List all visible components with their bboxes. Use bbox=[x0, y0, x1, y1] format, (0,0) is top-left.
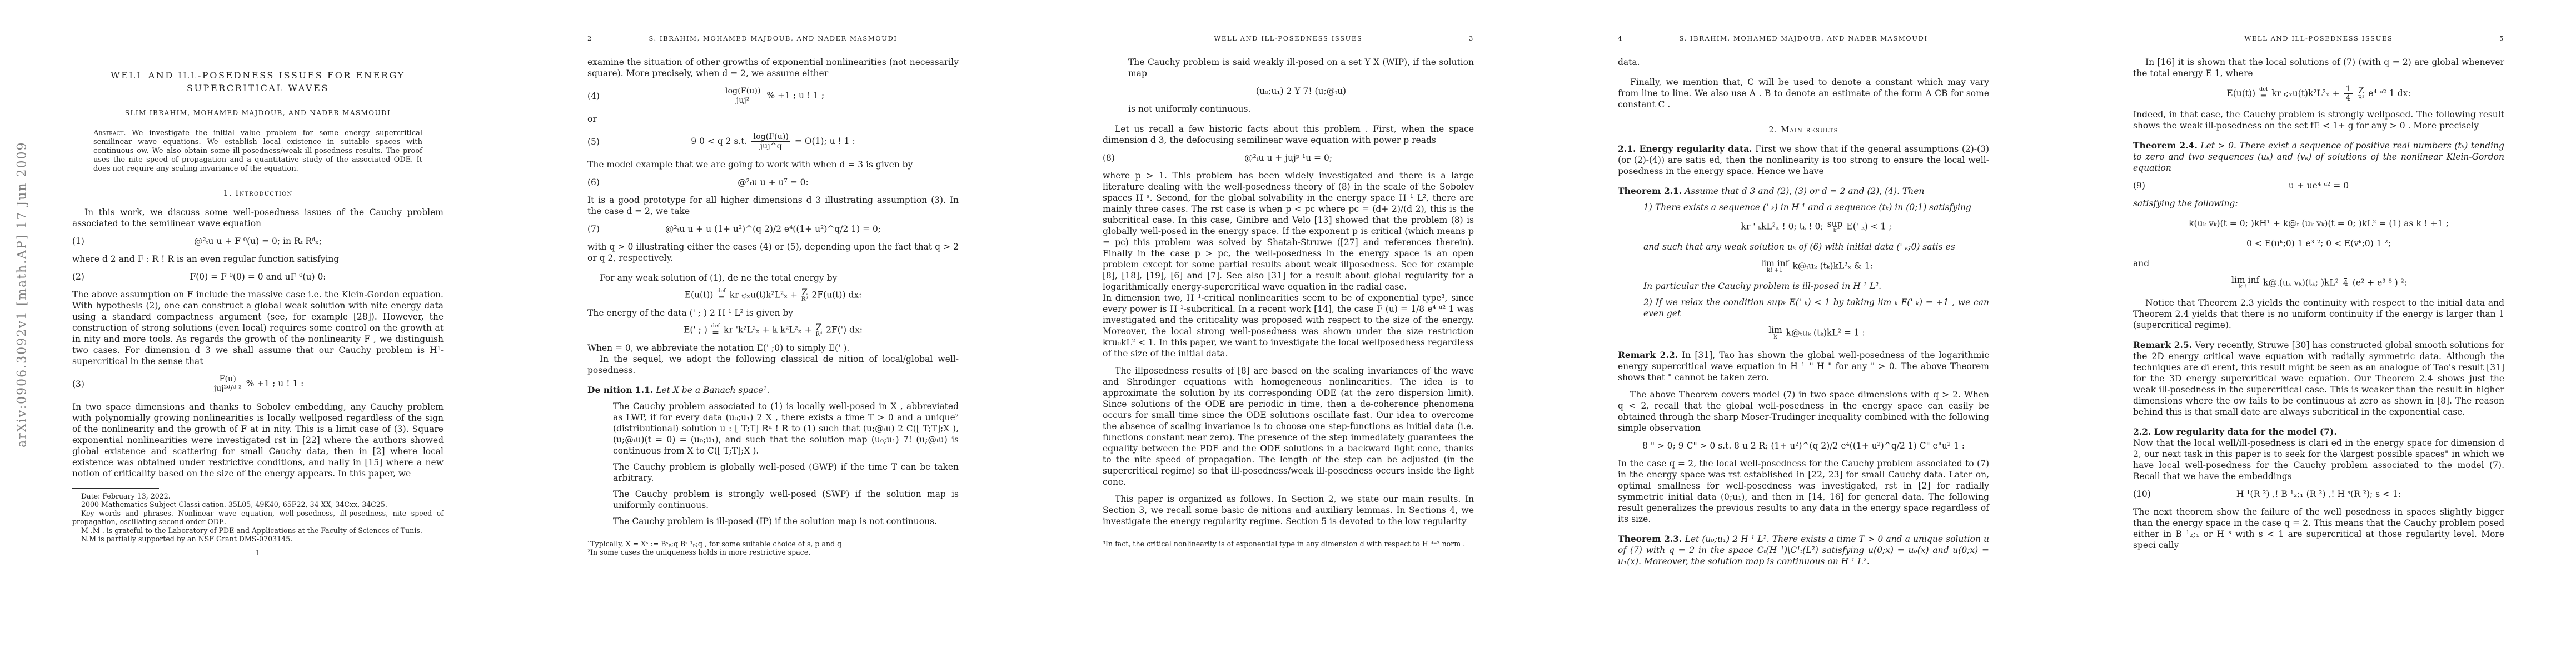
paragraph: Indeed, in that case, the Cauchy problem… bbox=[2133, 109, 2504, 131]
equation-number: (5) bbox=[587, 136, 600, 147]
definition-label: De nition 1.1. bbox=[587, 385, 653, 395]
equation-content: E(u(t)) def= kr ₜ;ₓu(t)k²L²ₓ + ZRᵈ 2F(u(… bbox=[685, 288, 862, 303]
running-header-title: WELL AND ILL-POSEDNESS ISSUES bbox=[1214, 34, 1363, 42]
section-heading-main-results: 2. Main results bbox=[1618, 126, 1989, 135]
page-3: WELL AND ILL-POSEDNESS ISSUES 3 The Cauc… bbox=[1030, 0, 1546, 667]
paragraph: In this work, we discuss some well-posed… bbox=[72, 207, 444, 229]
paper-title-line1: WELL AND ILL-POSEDNESS ISSUES FOR ENERGY bbox=[111, 70, 405, 81]
running-header-title: WELL AND ILL-POSEDNESS ISSUES bbox=[2245, 34, 2393, 42]
subsection-2-1: 2.1. Energy regularity data. First we sh… bbox=[1618, 143, 1989, 177]
subsection-2-2: 2.2. Low regularity data for the model (… bbox=[2133, 426, 2504, 437]
document-canvas: arXiv:0906.3092v1 [math.AP] 17 Jun 2009 … bbox=[0, 0, 2576, 667]
abstract-label: Abstract. bbox=[93, 129, 126, 137]
equation-content: limk k@ₜuₖ (tₖ)kL² = 1 : bbox=[1767, 326, 1865, 341]
display-equation-10: (10) H ¹(R ²) ,! B ¹₂;₁ (R ²) ,! H ˢ(R ²… bbox=[2133, 489, 2504, 500]
display-equation-9: (9) u + ue⁴ ᵘ² = 0 bbox=[2133, 180, 2504, 191]
remark-text: Very recently, Struwe [30] has construct… bbox=[2133, 340, 2504, 417]
paragraph: In the case q = 2, the local well-posedn… bbox=[1618, 458, 1989, 525]
list-item: 2) If we relax the condition supₖ E(' ₖ)… bbox=[1643, 297, 1989, 319]
theorem-label: Theorem 2.4. bbox=[2133, 140, 2198, 151]
running-header: WELL AND ILL-POSEDNESS ISSUES 5 bbox=[2133, 34, 2504, 42]
arxiv-watermark: arXiv:0906.3092v1 [math.AP] 17 Jun 2009 bbox=[10, 135, 34, 454]
equation-content: kr ' ₖkL²ₓ ! 0; tₖ ! 0; supk E(' ₖ) < 1 … bbox=[1741, 220, 1892, 235]
running-header: 4 S. IBRAHIM, MOHAMED MAJDOUB, AND NADER… bbox=[1618, 34, 1989, 42]
paragraph: with q > 0 illustrating either the cases… bbox=[587, 241, 959, 263]
paragraph: The above Theorem covers model (7) in tw… bbox=[1618, 389, 1989, 434]
footnote-2: ²In some cases the uniqueness holds in m… bbox=[587, 548, 959, 557]
display-equation-6: (6) @²ₜu u + u⁷ = 0: bbox=[587, 177, 959, 188]
running-header-authors: S. IBRAHIM, MOHAMED MAJDOUB, AND NADER M… bbox=[649, 34, 897, 42]
paragraph: The next theorem show the failure of the… bbox=[2133, 506, 2504, 551]
section-heading-introduction: 1. Introduction bbox=[72, 189, 444, 198]
display-equation-map: (u₀;u₁) 2 Y 7! (u;@ₜu) bbox=[1128, 86, 1474, 97]
equation-content: @²ₜu u + u (1+ u²)^(q 2)/2 e⁴((1+ u²)^q/… bbox=[665, 223, 881, 235]
paragraph: It is a good prototype for all higher di… bbox=[587, 195, 959, 217]
footnote-ack-nm: N.M is partially supported by an NSF Gra… bbox=[72, 535, 444, 544]
running-header: WELL AND ILL-POSEDNESS ISSUES 3 bbox=[1103, 34, 1474, 42]
footnote-1: ¹Typically, X = Xˢ := Bˢₚ;q Bˢ ¹ₚ;q , fo… bbox=[587, 540, 959, 549]
footnote-date: Date: February 13, 2022. bbox=[72, 492, 444, 501]
display-equation-4: (4) log(F(u))juj² % +1 ; u ! 1 ; bbox=[587, 87, 959, 106]
definition-1-1: De nition 1.1. Let X be a Banach space¹. bbox=[587, 385, 959, 396]
page-number: 5 bbox=[2499, 34, 2504, 42]
paper-title: WELL AND ILL-POSEDNESS ISSUES FOR ENERGY… bbox=[72, 69, 444, 94]
page-5: WELL AND ILL-POSEDNESS ISSUES 5 In [16] … bbox=[2061, 0, 2576, 667]
remark-label: Remark 2.5. bbox=[2133, 340, 2192, 350]
display-equation-energy: E(u(t)) def= kr ₜ;ₓu(t)k²L²ₓ + ZRᵈ 2F(u(… bbox=[587, 288, 959, 303]
paragraph: The above assumption on F include the ma… bbox=[72, 289, 444, 367]
page-1: arXiv:0906.3092v1 [math.AP] 17 Jun 2009 … bbox=[0, 0, 515, 667]
display-equation-thm21c: limk k@ₜuₖ (tₖ)kL² = 1 : bbox=[1643, 326, 1989, 341]
display-equation-sat3: lim infk ! 1 k@ₜ(uₖ vₖ)(tₖ; )kL² 4 (e² +… bbox=[2133, 276, 2504, 291]
abstract-text: We investigate the initial value problem… bbox=[93, 129, 422, 173]
list-item: The Cauchy problem is globally well-pose… bbox=[613, 461, 959, 484]
paragraph: examine the situation of other growths o… bbox=[587, 57, 959, 79]
display-equation-5: (5) 9 0 < q 2 s.t. log(F(u))juj^q = O(1)… bbox=[587, 132, 959, 151]
page-2: 2 S. IBRAHIM, MOHAMED MAJDOUB, AND NADER… bbox=[515, 0, 1030, 667]
paragraph: satisfying the following: bbox=[2133, 198, 2504, 209]
paragraph: and bbox=[2133, 258, 2504, 269]
equation-number: (6) bbox=[587, 177, 600, 188]
paragraph: or bbox=[587, 113, 959, 125]
paragraph: In [16] it is shown that the local solut… bbox=[2133, 57, 2504, 79]
equation-content: log(F(u))juj² % +1 ; u ! 1 ; bbox=[722, 87, 824, 106]
equation-content: 0 < E(uᵏ;0) 1 e³ ²; 0 < E(vᵏ;0) 1 ²; bbox=[2246, 238, 2391, 249]
display-equation-3: (3) F(u)juj²ᵈ/ᵈ ² % +1 ; u ! 1 : bbox=[72, 375, 444, 394]
equation-content: E(u(t)) def= kr ₜ;ₓu(t)k²L²ₓ + 14 ZR² e⁴… bbox=[2226, 84, 2410, 103]
list-item: The Cauchy problem is ill-posed (IP) if … bbox=[613, 516, 959, 527]
paragraph: where p > 1. This problem has been widel… bbox=[1103, 170, 1474, 292]
equation-content: k(uₖ vₖ)(t = 0; )kH¹ + k@ₜ (uₖ vₖ)(t = 0… bbox=[2189, 218, 2449, 229]
equation-content: @²ₜu u + u⁷ = 0: bbox=[738, 177, 808, 188]
page-number: 4 bbox=[1618, 34, 1623, 42]
page-4: 4 S. IBRAHIM, MOHAMED MAJDOUB, AND NADER… bbox=[1546, 0, 2061, 667]
paragraph: For any weak solution of (1), de ne the … bbox=[587, 272, 959, 283]
equation-number: (4) bbox=[587, 91, 600, 102]
paper-title-line2: SUPERCRITICAL WAVES bbox=[187, 83, 329, 93]
remark-2-5: Remark 2.5. Very recently, Struwe [30] h… bbox=[2133, 340, 2504, 417]
equation-content: H ¹(R ²) ,! B ¹₂;₁ (R ²) ,! H ˢ(R ²); s … bbox=[2236, 489, 2401, 500]
running-header-authors: S. IBRAHIM, MOHAMED MAJDOUB, AND NADER M… bbox=[1679, 34, 1927, 42]
paragraph: The energy of the data (' ; ) 2 H ¹ L² i… bbox=[587, 307, 959, 318]
remark-label: Remark 2.2. bbox=[1618, 350, 1678, 360]
abstract: Abstract. We investigate the initial val… bbox=[93, 129, 422, 173]
list-item: and such that any weak solution uₖ of (6… bbox=[1643, 241, 1989, 252]
footnote-ack-mm: M .M . is grateful to the Laboratory of … bbox=[72, 526, 444, 535]
definition-text: Let X be a Banach space¹. bbox=[653, 385, 769, 395]
display-equation-sat1: k(uₖ vₖ)(t = 0; )kH¹ + k@ₜ (uₖ vₖ)(t = 0… bbox=[2133, 218, 2504, 229]
equation-number: (2) bbox=[72, 271, 84, 282]
equation-content: F(u)juj²ᵈ/ᵈ ² % +1 ; u ! 1 : bbox=[212, 375, 304, 394]
display-equation-thm21a: kr ' ₖkL²ₓ ! 0; tₖ ! 0; supk E(' ₖ) < 1 … bbox=[1643, 220, 1989, 235]
equation-content: lim infk! +1 k@ₜuₖ (tₖ)kL²ₓ & 1: bbox=[1760, 259, 1873, 274]
list-item: is not uniformly continuous. bbox=[1128, 103, 1474, 115]
paragraph: When = 0, we abbreviate the notation E('… bbox=[587, 342, 959, 354]
display-equation-7: (7) @²ₜu u + u (1+ u²)^(q 2)/2 e⁴((1+ u²… bbox=[587, 223, 959, 235]
arxiv-watermark-text: arXiv:0906.3092v1 [math.AP] 17 Jun 2009 bbox=[16, 141, 29, 447]
equation-number: (8) bbox=[1103, 152, 1115, 163]
footnote-msc: 2000 Mathematics Subject Classi cation. … bbox=[72, 500, 444, 509]
paragraph: where d 2 and F : R ! R is an even regul… bbox=[72, 253, 444, 265]
paragraph: The model example that we are going to w… bbox=[587, 159, 959, 170]
paragraph: Notice that Theorem 2.3 yields the conti… bbox=[2133, 297, 2504, 331]
page-number: 2 bbox=[587, 34, 592, 42]
equation-number: (7) bbox=[587, 223, 600, 235]
equation-content: u + ue⁴ ᵘ² = 0 bbox=[2289, 180, 2349, 191]
paragraph: Now that the local well/ill-posedness is… bbox=[2133, 437, 2504, 482]
display-equation-energy5: E(u(t)) def= kr ₜ;ₓu(t)k²L²ₓ + 14 ZR² e⁴… bbox=[2133, 84, 2504, 103]
paragraph: In two space dimensions and thanks to So… bbox=[72, 401, 444, 479]
equation-number: (1) bbox=[72, 236, 84, 247]
footnote-keywords: Key words and phrases. Nonlinear wave eq… bbox=[72, 509, 444, 526]
equation-content: @²ₜu u + F ⁰(u) = 0; in Rₜ Rᵈₓ; bbox=[194, 236, 322, 247]
display-equation-energy-data: E(' ; ) def= kr 'k²L²ₓ + k k²L²ₓ + ZRᵈ 2… bbox=[587, 323, 959, 338]
theorem-item-list: 1) There exists a sequence (' ₖ) in H ¹ … bbox=[1643, 202, 1989, 341]
running-header: 2 S. IBRAHIM, MOHAMED MAJDOUB, AND NADER… bbox=[587, 34, 959, 42]
equation-number: (9) bbox=[2133, 180, 2145, 191]
theorem-2-3: Theorem 2.3. Let (u₀;u₁) 2 H ¹ L². There… bbox=[1618, 534, 1989, 567]
footnote-rule bbox=[587, 536, 674, 536]
theorem-text: Assume that d 3 and (2), (3) or d = 2 an… bbox=[1682, 186, 1924, 196]
display-equation-8: (8) @²ₜu u + jujᵖ ¹u = 0; bbox=[1103, 152, 1474, 163]
subsection-label: 2.1. Energy regularity data. bbox=[1618, 143, 1752, 154]
paragraph: In the sequel, we adopt the following cl… bbox=[587, 354, 959, 376]
theorem-label: Theorem 2.1. bbox=[1618, 186, 1682, 196]
equation-content: @²ₜu u + jujᵖ ¹u = 0; bbox=[1244, 152, 1332, 163]
definition-item-list: The Cauchy problem associated to (1) is … bbox=[613, 401, 959, 527]
list-item: The Cauchy problem associated to (1) is … bbox=[613, 401, 959, 456]
footnote-rule bbox=[72, 488, 159, 489]
equation-content: lim infk ! 1 k@ₜ(uₖ vₖ)(tₖ; )kL² 4 (e² +… bbox=[2230, 276, 2407, 291]
equation-content: F(0) = F ⁰(0) = 0 and uF ⁰(u) 0: bbox=[190, 271, 326, 282]
theorem-2-4: Theorem 2.4. Let > 0. There exist a sequ… bbox=[2133, 140, 2504, 173]
theorem-label: Theorem 2.3. bbox=[1618, 534, 1682, 544]
authors-line: SLIM IBRAHIM, MOHAMED MAJDOUB, AND NADER… bbox=[72, 109, 444, 117]
list-item: The Cauchy problem is strongly well-pose… bbox=[613, 489, 959, 511]
paragraph: data. bbox=[1618, 57, 1989, 68]
page-number: 3 bbox=[1469, 34, 1474, 42]
display-equation-observation: 8 " > 0; 9 C" > 0 s.t. 8 u 2 R; (1+ u²)^… bbox=[1618, 440, 1989, 451]
theorem-2-1: Theorem 2.1. Assume that d 3 and (2), (3… bbox=[1618, 186, 1989, 197]
paragraph: This paper is organized as follows. In S… bbox=[1103, 494, 1474, 527]
equation-content: 9 0 < q 2 s.t. log(F(u))juj^q = O(1); u … bbox=[691, 132, 855, 151]
display-equation-thm21b: lim infk! +1 k@ₜuₖ (tₖ)kL²ₓ & 1: bbox=[1643, 259, 1989, 274]
paragraph: Let us recall a few historic facts about… bbox=[1103, 123, 1474, 146]
paragraph: The illposedness results of [8] are base… bbox=[1103, 365, 1474, 487]
equation-number: (3) bbox=[72, 379, 84, 390]
definition-item-continued: The Cauchy problem is said weakly ill-po… bbox=[1128, 57, 1474, 115]
remark-2-2: Remark 2.2. In [31], Tao has shown the g… bbox=[1618, 350, 1989, 383]
equation-content: 8 " > 0; 9 C" > 0 s.t. 8 u 2 R; (1+ u²)^… bbox=[1642, 440, 1965, 451]
equation-content: (u₀;u₁) 2 Y 7! (u;@ₜu) bbox=[1256, 86, 1346, 97]
equation-content: E(' ; ) def= kr 'k²L²ₓ + k k²L²ₓ + ZRᵈ 2… bbox=[684, 323, 863, 338]
display-equation-1: (1) @²ₜu u + F ⁰(u) = 0; in Rₜ Rᵈₓ; bbox=[72, 236, 444, 247]
paragraph: Finally, we mention that, C will be used… bbox=[1618, 77, 1989, 110]
list-item: 1) There exists a sequence (' ₖ) in H ¹ … bbox=[1643, 202, 1989, 213]
page-number: 1 bbox=[72, 549, 444, 558]
footnote-rule bbox=[1103, 536, 1189, 536]
equation-number: (10) bbox=[2133, 489, 2151, 500]
paragraph: In dimension two, H ¹-critical nonlinear… bbox=[1103, 292, 1474, 359]
footnote-3: ³In fact, the critical nonlinearity is o… bbox=[1103, 540, 1474, 549]
display-equation-sat2: 0 < E(uᵏ;0) 1 e³ ²; 0 < E(vᵏ;0) 1 ²; bbox=[2133, 238, 2504, 249]
list-item: In particular the Cauchy problem is ill-… bbox=[1643, 281, 1989, 292]
display-equation-2: (2) F(0) = F ⁰(0) = 0 and uF ⁰(u) 0: bbox=[72, 271, 444, 282]
list-item: The Cauchy problem is said weakly ill-po… bbox=[1128, 57, 1474, 79]
